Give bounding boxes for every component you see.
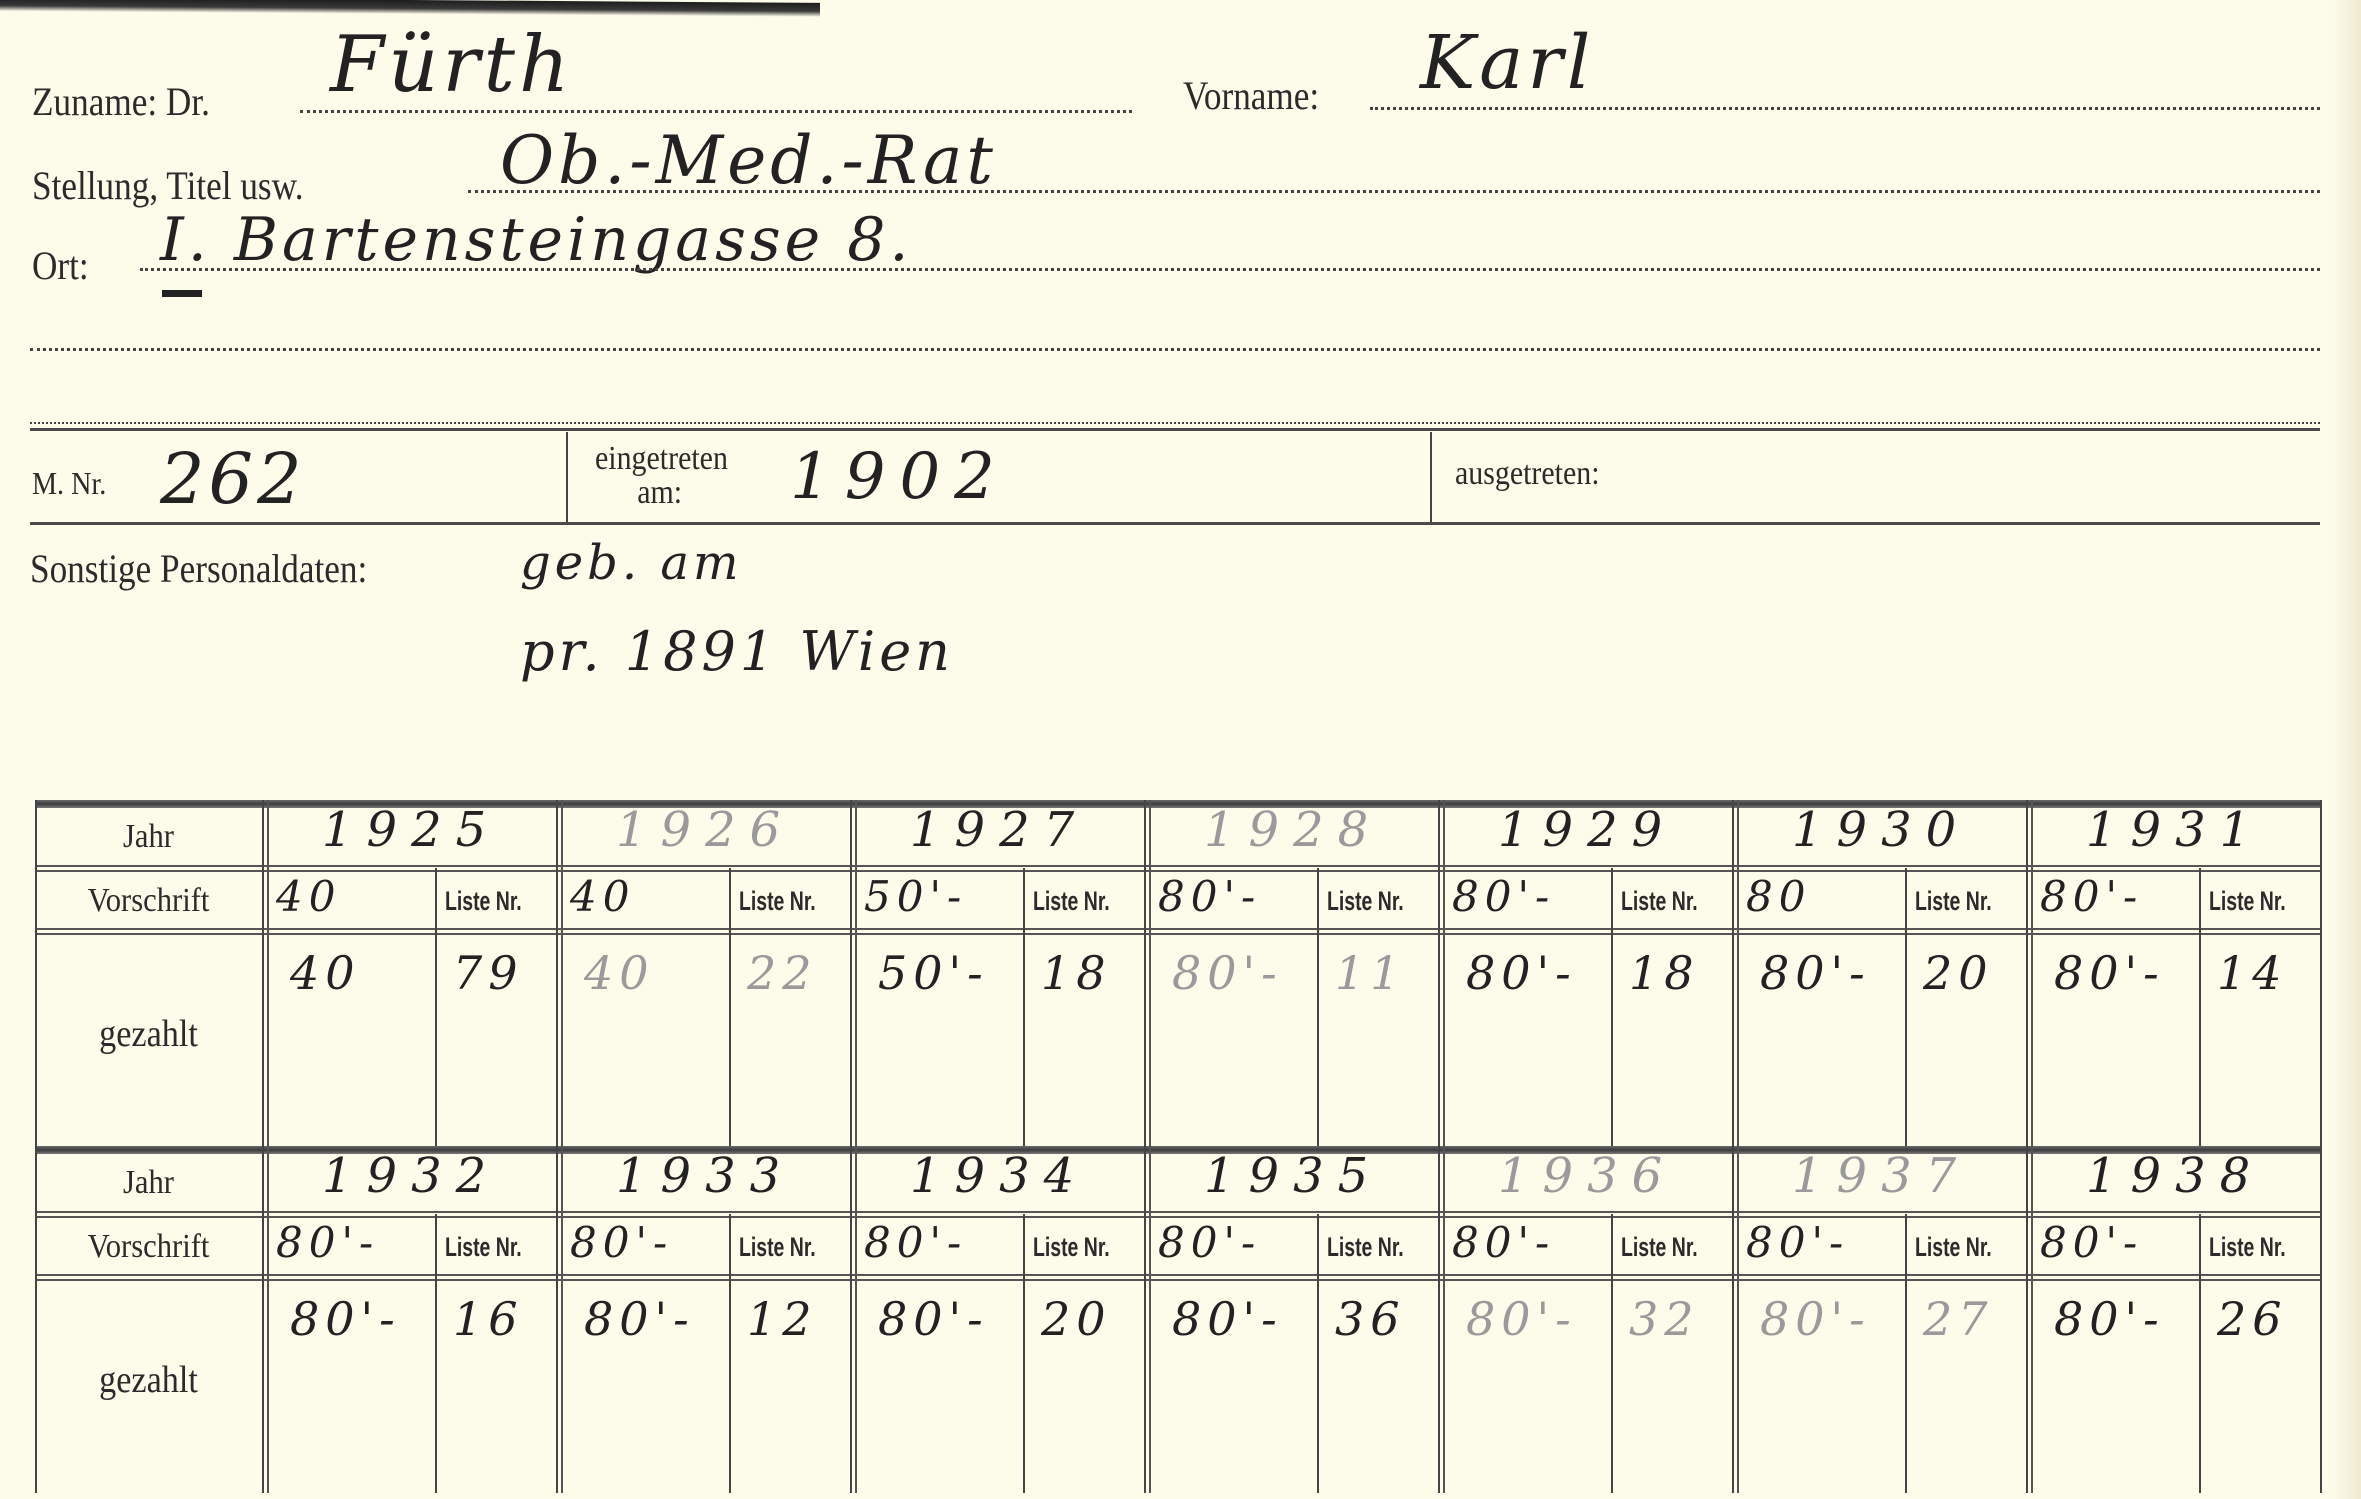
table-right-border xyxy=(2320,800,2322,1147)
year-group-divider xyxy=(850,800,852,1147)
list-no-label: Liste Nr. xyxy=(1915,886,1992,917)
paid-value: 80'- xyxy=(1466,1292,1577,1346)
list-no-value: 16 xyxy=(453,1292,524,1346)
year-value: 1926 xyxy=(616,802,794,858)
year-value: 1925 xyxy=(322,802,500,858)
list-no-divider xyxy=(1905,868,1907,1147)
paid-value: 80'- xyxy=(2054,1292,2165,1346)
card-edge xyxy=(2333,0,2361,1499)
year-value: 1930 xyxy=(1792,802,1970,858)
other-data-line2: pr. 1891 Wien xyxy=(520,620,954,683)
prescribed-value: 80'- xyxy=(276,1218,379,1267)
prescribed-value: 80'- xyxy=(570,1218,673,1267)
surname-line xyxy=(300,110,1132,113)
other-data-label: Sonstige Personaldaten: xyxy=(30,545,367,592)
year-value: 1933 xyxy=(616,1148,794,1204)
member-no-value: 262 xyxy=(160,438,306,520)
year-value: 1928 xyxy=(1204,802,1382,858)
paid-value: 80'- xyxy=(1172,946,1283,1000)
row-label-prescribed: Vorschrift xyxy=(46,882,250,920)
paid-value: 80'- xyxy=(1466,946,1577,1000)
paid-value: 40 xyxy=(584,946,655,1000)
joined-label: eingetreten am: xyxy=(595,442,728,510)
list-no-value: 36 xyxy=(1335,1292,1406,1346)
year-value: 1936 xyxy=(1498,1148,1676,1204)
prescribed-value: 80'- xyxy=(1452,1218,1555,1267)
list-no-value: 20 xyxy=(1923,946,1994,1000)
prescribed-value: 80'- xyxy=(2040,1218,2143,1267)
prescribed-value: 80'- xyxy=(1158,1218,1261,1267)
surname-label: Zuname: Dr. xyxy=(32,78,210,125)
list-no-value: 11 xyxy=(1335,946,1406,1000)
list-no-label: Liste Nr. xyxy=(1621,886,1698,917)
year-row-rule xyxy=(35,1211,2320,1218)
prescribed-value: 80 xyxy=(1746,872,1811,921)
list-no-divider xyxy=(2199,1214,2201,1493)
year-group-divider xyxy=(850,1146,852,1493)
paid-value: 80'- xyxy=(584,1292,695,1346)
year-group-divider xyxy=(2026,1146,2028,1493)
underline-mark xyxy=(162,290,202,297)
paid-value: 80'- xyxy=(1172,1292,1283,1346)
year-group-divider xyxy=(556,1146,558,1493)
list-no-label: Liste Nr. xyxy=(1327,1232,1404,1263)
firstname-value: Karl xyxy=(1420,20,1594,106)
prescribed-row-rule xyxy=(35,928,2320,935)
row-label-paid: gezahlt xyxy=(46,1012,250,1056)
list-no-value: 14 xyxy=(2217,946,2288,1000)
list-no-label: Liste Nr. xyxy=(739,886,816,917)
member-no-label: M. Nr. xyxy=(32,465,106,502)
year-value: 1932 xyxy=(322,1148,500,1204)
surname-value: Fürth xyxy=(330,20,573,110)
list-no-divider xyxy=(435,1214,437,1493)
table-right-border xyxy=(2320,1146,2322,1493)
place-label: Ort: xyxy=(32,242,89,289)
year-group-divider xyxy=(1732,800,1734,1147)
year-group-divider xyxy=(262,800,264,1147)
list-no-divider xyxy=(2199,868,2201,1147)
membership-top-rule xyxy=(30,428,2320,431)
list-no-divider xyxy=(1317,868,1319,1147)
list-no-label: Liste Nr. xyxy=(739,1232,816,1263)
year-group-divider xyxy=(1144,800,1146,1147)
left-label: ausgetreten: xyxy=(1455,455,1600,493)
prescribed-value: 80'- xyxy=(1746,1218,1849,1267)
list-no-value: 32 xyxy=(1629,1292,1700,1346)
year-group-divider xyxy=(2026,800,2028,1147)
list-no-divider xyxy=(435,868,437,1147)
list-no-value: 20 xyxy=(1041,1292,1112,1346)
scan-edge-shadow xyxy=(0,0,820,17)
paid-value: 80'- xyxy=(290,1292,401,1346)
year-value: 1929 xyxy=(1498,802,1676,858)
list-no-value: 27 xyxy=(1923,1292,1994,1346)
prescribed-value: 50'- xyxy=(864,872,967,921)
row-label-year: Jahr xyxy=(46,1164,250,1202)
paid-value: 50'- xyxy=(878,946,989,1000)
year-group-divider xyxy=(1144,1146,1146,1493)
prescribed-value: 40 xyxy=(570,872,635,921)
joined-label-line2: am: xyxy=(595,476,728,510)
list-no-value: 18 xyxy=(1629,946,1700,1000)
year-value: 1927 xyxy=(910,802,1088,858)
prescribed-value: 80'- xyxy=(1158,872,1261,921)
blank-line-1 xyxy=(30,348,2320,351)
list-no-label: Liste Nr. xyxy=(1033,886,1110,917)
paid-value: 80'- xyxy=(878,1292,989,1346)
list-no-divider xyxy=(1611,1214,1613,1493)
year-group-divider xyxy=(1438,800,1440,1147)
list-no-value: 12 xyxy=(747,1292,818,1346)
list-no-divider xyxy=(1317,1214,1319,1493)
list-no-divider xyxy=(1023,868,1025,1147)
list-no-divider xyxy=(729,1214,731,1493)
year-value: 1935 xyxy=(1204,1148,1382,1204)
prescribed-value: 80'- xyxy=(2040,872,2143,921)
place-value: I. Bartensteingasse 8. xyxy=(160,205,912,275)
list-no-label: Liste Nr. xyxy=(2209,1232,2286,1263)
prescribed-row-rule xyxy=(35,1274,2320,1281)
position-line xyxy=(468,190,2320,193)
list-no-label: Liste Nr. xyxy=(445,886,522,917)
table-left-border xyxy=(35,800,37,1147)
list-no-label: Liste Nr. xyxy=(445,1232,522,1263)
joined-label-line1: eingetreten xyxy=(595,442,728,476)
paid-value: 80'- xyxy=(1760,946,1871,1000)
year-group-divider xyxy=(556,800,558,1147)
blank-line-2 xyxy=(30,422,2320,424)
year-group-divider xyxy=(262,1146,264,1493)
membership-divider-2 xyxy=(1430,432,1432,524)
year-value: 1931 xyxy=(2086,802,2264,858)
membership-divider-1 xyxy=(566,432,568,524)
prescribed-value: 80'- xyxy=(1452,872,1555,921)
list-no-divider xyxy=(1023,1214,1025,1493)
membership-bottom-rule xyxy=(30,522,2320,525)
joined-value: 1902 xyxy=(790,440,1009,514)
list-no-label: Liste Nr. xyxy=(2209,886,2286,917)
paid-value: 40 xyxy=(290,946,361,1000)
list-no-value: 79 xyxy=(453,946,524,1000)
firstname-label: Vorname: xyxy=(1183,72,1319,119)
row-label-paid: gezahlt xyxy=(46,1358,250,1402)
prescribed-value: 40 xyxy=(276,872,341,921)
paid-value: 80'- xyxy=(1760,1292,1871,1346)
year-row-rule xyxy=(35,865,2320,872)
paid-value: 80'- xyxy=(2054,946,2165,1000)
list-no-divider xyxy=(1905,1214,1907,1493)
position-label: Stellung, Titel usw. xyxy=(32,162,304,209)
row-label-year: Jahr xyxy=(46,818,250,856)
year-group-divider xyxy=(1438,1146,1440,1493)
row-label-prescribed: Vorschrift xyxy=(46,1228,250,1266)
list-no-label: Liste Nr. xyxy=(1033,1232,1110,1263)
firstname-line xyxy=(1370,107,2320,110)
year-value: 1934 xyxy=(910,1148,1088,1204)
list-no-label: Liste Nr. xyxy=(1327,886,1404,917)
other-data-line1: geb. am xyxy=(520,535,743,591)
prescribed-value: 80'- xyxy=(864,1218,967,1267)
year-value: 1937 xyxy=(1792,1148,1970,1204)
year-group-divider xyxy=(1732,1146,1734,1493)
list-no-value: 26 xyxy=(2217,1292,2288,1346)
place-line xyxy=(140,268,2320,271)
list-no-label: Liste Nr. xyxy=(1621,1232,1698,1263)
list-no-value: 18 xyxy=(1041,946,1112,1000)
list-no-divider xyxy=(729,868,731,1147)
list-no-value: 22 xyxy=(747,946,818,1000)
year-value: 1938 xyxy=(2086,1148,2264,1204)
list-no-label: Liste Nr. xyxy=(1915,1232,1992,1263)
table-left-border xyxy=(35,1146,37,1493)
position-value: Ob.-Med.-Rat xyxy=(500,122,997,199)
list-no-divider xyxy=(1611,868,1613,1147)
